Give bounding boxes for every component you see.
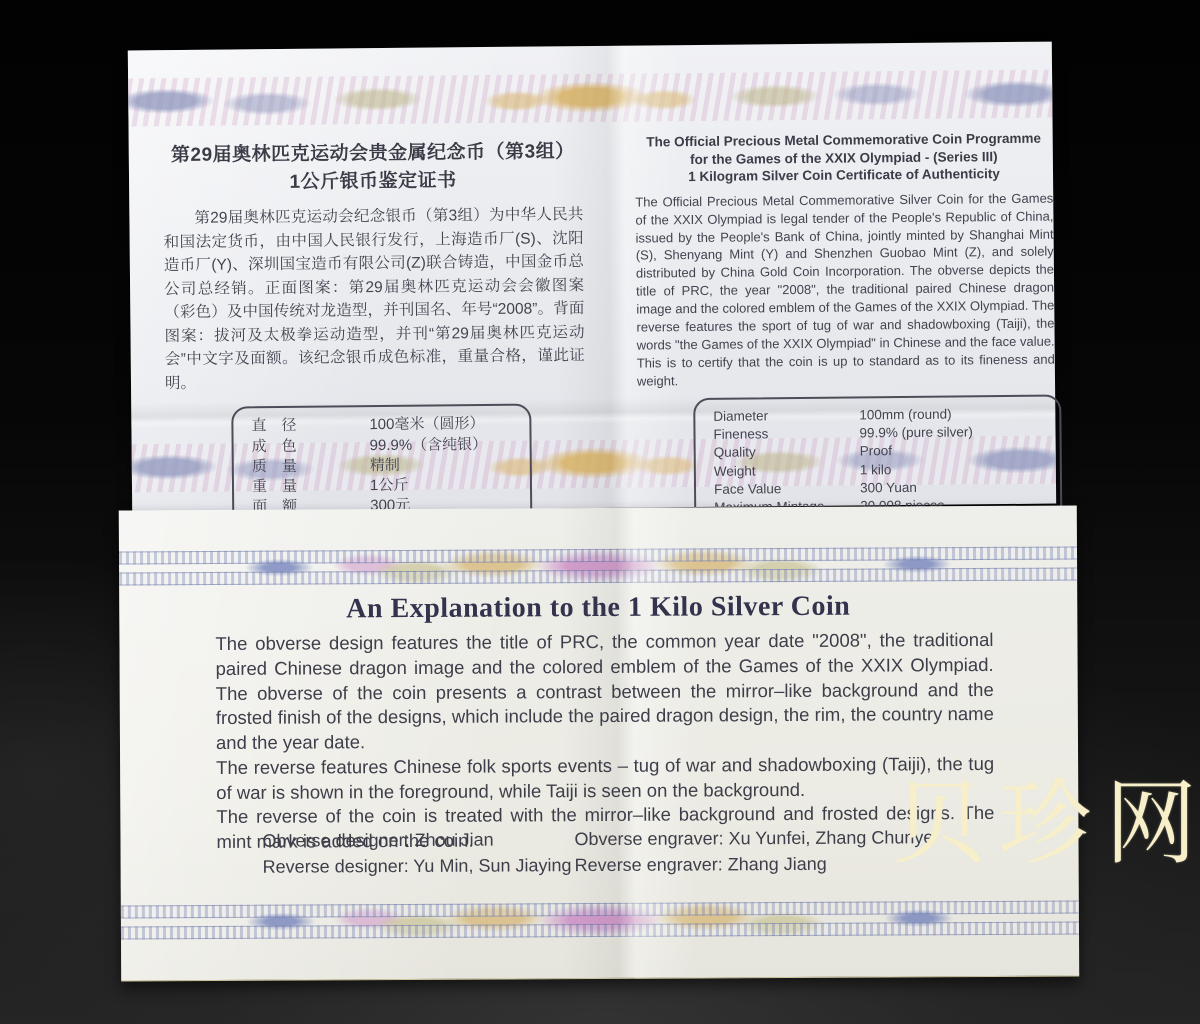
explanation-paragraph-2: The reverse features Chinese folk sports…: [216, 752, 994, 806]
spec-value: 精制: [370, 455, 514, 477]
table-row: 成 色99.9%（含纯银）: [252, 434, 514, 457]
obverse-engraver-credit: Obverse engraver: Xu Yunfei, Zhang Chuny…: [574, 824, 933, 852]
english-certificate-body: The Official Precious Metal Commemorativ…: [635, 189, 1055, 390]
spec-value: Proof: [860, 441, 1044, 461]
chinese-title-line2: 1公斤银币鉴定证书: [163, 166, 583, 198]
certificate-sheet-lower: An Explanation to the 1 Kilo Silver Coin…: [119, 505, 1079, 981]
explanation-body: The obverse design features the title of…: [215, 628, 994, 855]
ornamental-band-dragons-top: [119, 537, 1077, 594]
spec-value: 100mm (round): [859, 405, 1043, 425]
spec-label: Weight: [714, 461, 860, 481]
spec-label: Diameter: [713, 406, 859, 426]
scroll-ornament-icon: [884, 909, 954, 927]
table-row: 直 径100毫米（圆形）: [251, 414, 513, 437]
chinese-certificate-body: 第29届奥林匹克运动会纪念银币（第3组）为中华人民共和国法定货币，由中国人民银行…: [163, 203, 585, 395]
spec-label: Quality: [714, 443, 860, 463]
explanation-title: An Explanation to the 1 Kilo Silver Coin: [119, 589, 1077, 626]
english-title-line3: 1 Kilogram Silver Coin Certificate of Au…: [635, 165, 1053, 187]
engraver-credits: Obverse engraver: Xu Yunfei, Zhang Chuny…: [574, 824, 933, 878]
obverse-designer-credit: Obverse designer: Zhou Jian: [262, 826, 574, 854]
spec-value: 1公斤: [370, 475, 514, 497]
english-certificate-title: The Official Precious Metal Commemorativ…: [635, 130, 1053, 187]
scroll-ornament-icon: [244, 558, 314, 576]
scroll-ornament-icon: [245, 912, 315, 930]
chinese-certificate-title: 第29届奥林匹克运动会贵金属纪念币（第3组） 1公斤银币鉴定证书: [163, 138, 584, 197]
spec-label: 重 量: [252, 476, 370, 497]
table-row: 质 量精制: [252, 455, 514, 478]
reverse-designer-credit: Reverse designer: Yu Min, Sun Jiaying: [263, 852, 575, 880]
spec-value: 1 kilo: [860, 459, 1044, 479]
reverse-engraver-credit: Reverse engraver: Zhang Jiang: [575, 850, 934, 878]
spec-label: 成 色: [252, 436, 370, 457]
spec-label: Fineness: [713, 425, 859, 445]
table-row: 重 量1公斤: [252, 475, 514, 498]
spec-value: 99.9% (pure silver): [859, 423, 1043, 443]
chinese-title-line1: 第29届奥林匹克运动会贵金属纪念币（第3组）: [163, 138, 583, 170]
watermark-text: 贝珍网: [893, 778, 1200, 870]
spec-label: 直 径: [251, 416, 369, 437]
designer-credits: Obverse designer: Zhou Jian Reverse desi…: [262, 826, 574, 880]
photo-background: 第29届奥林匹克运动会贵金属纪念币（第3组） 1公斤银币鉴定证书 第29届奥林匹…: [0, 0, 1200, 1024]
certificate-sheet-upper: 第29届奥林匹克运动会贵金属纪念币（第3组） 1公斤银币鉴定证书 第29届奥林匹…: [128, 42, 1056, 513]
scroll-ornament-icon: [882, 555, 952, 573]
ornamental-band-top: [128, 70, 1052, 127]
spec-value: 300 Yuan: [860, 477, 1044, 497]
explanation-paragraph-1: The obverse design features the title of…: [215, 628, 994, 756]
spec-label: Face Value: [714, 479, 860, 499]
ornamental-band-scrolls-bottom: [121, 891, 1079, 948]
spec-value: 99.9%（含纯银）: [370, 434, 514, 456]
spec-value: 100毫米（圆形）: [369, 414, 513, 436]
spec-label: 质 量: [252, 456, 370, 477]
